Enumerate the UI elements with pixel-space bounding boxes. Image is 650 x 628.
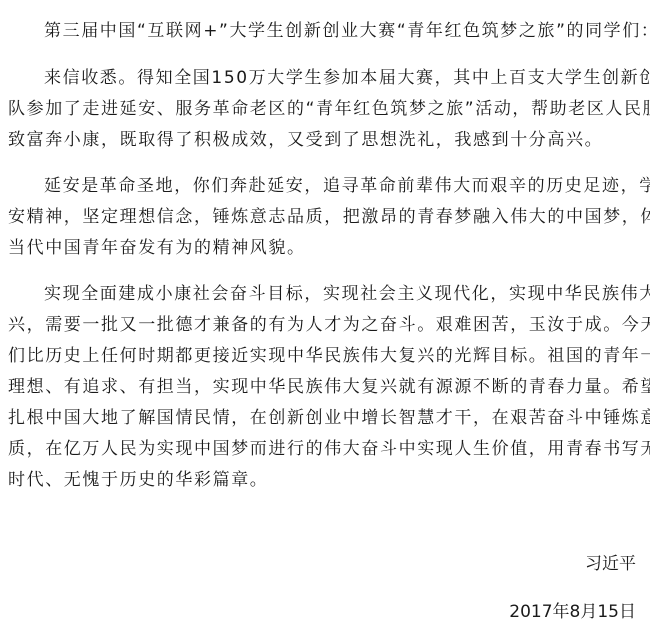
paragraph-line: 当代中国青年奋发有为的精神风貌。 [8, 233, 634, 264]
paragraph-line: 延安是革命圣地，你们奔赴延安，追寻革命前辈伟大而艰辛的历史足迹，学习延 [8, 171, 634, 202]
letter-body: 第三届中国“互联网+”大学生创新创业大赛“青年红色筑梦之旅”的同学们： 来信收悉… [8, 16, 634, 511]
paragraph-line: 扎根中国大地了解国情民情，在创新创业中增长智慧才干，在艰苦奋斗中锤炼意志品 [8, 403, 634, 434]
paragraph-line: 队参加了走进延安、服务革命老区的“青年红色筑梦之旅”活动，帮助老区人民脱贫 [8, 94, 634, 125]
paragraph-line: 安精神，坚定理想信念，锤炼意志品质，把激昂的青春梦融入伟大的中国梦，体现了 [8, 202, 634, 233]
letter-date: 2017年8月15日 [509, 602, 636, 622]
paragraph-1: 来信收悉。得知全国150万大学生参加本届大赛，其中上百支大学生创新创业团 队参加… [8, 63, 634, 156]
paragraph-line: 理想、有追求、有担当，实现中华民族伟大复兴就有源源不断的青春力量。希望你们 [8, 372, 634, 403]
paragraph-line: 兴，需要一批又一批德才兼备的有为人才为之奋斗。艰难困苦，玉汝于成。今天，我 [8, 310, 634, 341]
salutation: 第三届中国“互联网+”大学生创新创业大赛“青年红色筑梦之旅”的同学们： [8, 16, 634, 47]
paragraph-line: 来信收悉。得知全国150万大学生参加本届大赛，其中上百支大学生创新创业团 [8, 63, 634, 94]
paragraph-line: 实现全面建成小康社会奋斗目标，实现社会主义现代化，实现中华民族伟大复 [8, 279, 634, 310]
paragraph-3: 实现全面建成小康社会奋斗目标，实现社会主义现代化，实现中华民族伟大复 兴，需要一… [8, 279, 634, 496]
signature: 习近平 [585, 554, 636, 574]
paragraph-line: 致富奔小康，既取得了积极成效，又受到了思想洗礼，我感到十分高兴。 [8, 125, 634, 156]
paragraph-2: 延安是革命圣地，你们奔赴延安，追寻革命前辈伟大而艰辛的历史足迹，学习延 安精神，… [8, 171, 634, 264]
paragraph-line: 们比历史上任何时期都更接近实现中华民族伟大复兴的光辉目标。祖国的青年一代有 [8, 341, 634, 372]
paragraph-line: 时代、无愧于历史的华彩篇章。 [8, 465, 634, 496]
paragraph-line: 质，在亿万人民为实现中国梦而进行的伟大奋斗中实现人生价值，用青春书写无愧于 [8, 434, 634, 465]
